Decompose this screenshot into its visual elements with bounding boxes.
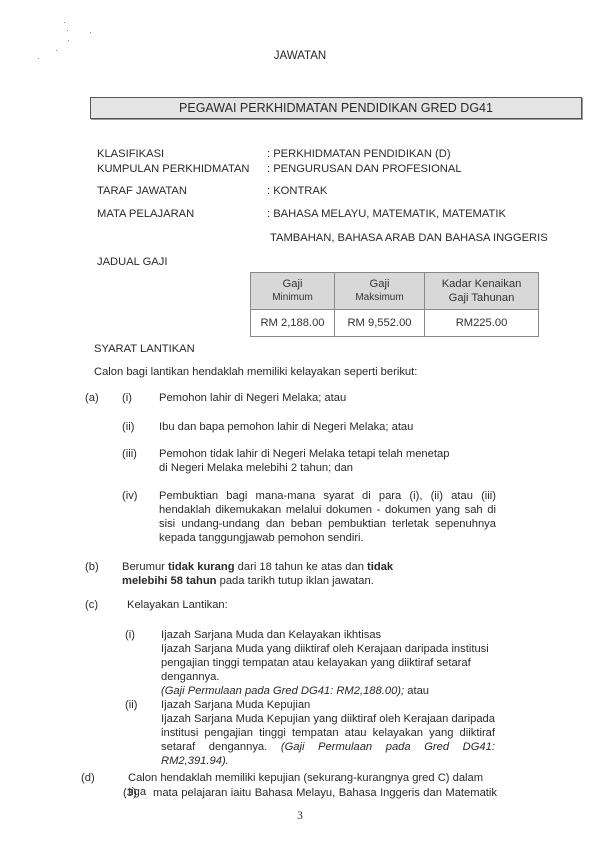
syarat-title: SYARAT LANTIKAN: [94, 342, 195, 356]
header-line: Minimum: [251, 291, 334, 305]
text-run-bold: tidak kurang: [168, 561, 235, 573]
cell-gaji-minimum: RM 2,188.00: [251, 310, 335, 337]
salary-table-header: Gaji Minimum Gaji Maksimum Kadar Kenaika…: [251, 273, 539, 310]
item-c-i-heading: Ijazah Sarjana Muda dan Kelayakan ikhtis…: [161, 628, 501, 642]
cell-kadar-kenaikan: RM225.00: [425, 310, 539, 337]
item-c-i-salary: (Gaji Permulaan pada Gred DG41: RM2,188.…: [161, 684, 501, 698]
page-number: 3: [0, 810, 600, 822]
item-a-i-marker: (i): [122, 391, 132, 405]
item-c-marker: (c): [85, 598, 98, 612]
header-line: Kadar Kenaikan: [425, 277, 538, 291]
item-a-ii-text: Ibu dan bapa pemohon lahir di Negeri Mel…: [159, 420, 413, 434]
mata-pelajaran-label: MATA PELAJARAN: [97, 208, 194, 220]
klasifikasi-label: KLASIFIKASI: [97, 148, 164, 160]
header-line: Maksimum: [335, 291, 424, 305]
salary-table: Gaji Minimum Gaji Maksimum Kadar Kenaika…: [250, 272, 539, 337]
position-title: PEGAWAI PERKHIDMATAN PENDIDIKAN GRED DG4…: [179, 101, 493, 115]
item-a-iii-text: Pemohon tidak lahir di Negeri Melaka tet…: [159, 447, 459, 475]
item-d-line2: mata pelajaran iaitu Bahasa Melayu, Baha…: [153, 786, 497, 800]
header-gaji-maksimum: Gaji Maksimum: [335, 273, 425, 310]
jadual-gaji-label: JADUAL GAJI: [97, 256, 167, 268]
item-c-i-body: Ijazah Sarjana Muda yang diiktiraf oleh …: [161, 642, 501, 684]
item-c-ii-block: Ijazah Sarjana Muda Kepujian Ijazah Sarj…: [161, 698, 495, 768]
klasifikasi-value: : PERKHIDMATAN PENDIDIKAN (D): [267, 148, 451, 160]
kumpulan-label: KUMPULAN PERKHIDMATAN: [97, 163, 250, 175]
item-a-i-text: Pemohon lahir di Negeri Melaka; atau: [159, 391, 346, 405]
section-heading: JAWATAN: [0, 50, 600, 62]
table-row: RM 2,188.00 RM 9,552.00 RM225.00: [251, 310, 539, 337]
text-run: dan: [345, 561, 364, 573]
text-run: atau: [404, 685, 429, 697]
mata-pelajaran-value-1: : BAHASA MELAYU, MATEMATIK, MATEMATIK: [267, 208, 506, 220]
text-run: dari 18 tahun ke atas: [235, 561, 346, 573]
taraf-value: : KONTRAK: [267, 185, 327, 197]
mata-pelajaran-value-2: TAMBAHAN, BAHASA ARAB DAN BAHASA INGGERI…: [270, 232, 548, 244]
item-a-marker: (a): [85, 391, 99, 405]
text-run: pada tarikh tutup iklan jawatan.: [217, 575, 374, 587]
item-d-marker: (d): [81, 771, 95, 785]
taraf-label: TARAF JAWATAN: [97, 185, 187, 197]
text-run: Berumur: [122, 561, 168, 573]
item-c-ii-heading: Ijazah Sarjana Muda Kepujian: [161, 698, 495, 712]
item-c-ii-body: Ijazah Sarjana Muda Kepujian yang diikti…: [161, 712, 495, 768]
item-a-iii-marker: (iii): [122, 447, 137, 461]
item-c-ii-marker: (ii): [125, 698, 137, 712]
kumpulan-value: : PENGURUSAN DAN PROFESIONAL: [267, 163, 462, 175]
item-b-marker: (b): [85, 560, 99, 574]
item-a-iv-marker: (iv): [122, 489, 138, 503]
header-line: Gaji: [251, 277, 334, 291]
item-d-line2-marker: (3): [123, 786, 137, 800]
header-line: Gaji Tahunan: [425, 291, 538, 305]
item-b-text: Berumur tidak kurang dari 18 tahun ke at…: [122, 560, 432, 588]
item-a-ii-marker: (ii): [122, 420, 134, 434]
item-c-title: Kelayakan Lantikan:: [127, 598, 228, 612]
header-line: Gaji: [335, 277, 424, 291]
item-c-i-marker: (i): [125, 628, 135, 642]
item-c-i-block: Ijazah Sarjana Muda dan Kelayakan ikhtis…: [161, 628, 501, 698]
position-title-box: PEGAWAI PERKHIDMATAN PENDIDIKAN GRED DG4…: [90, 97, 582, 119]
header-kadar-kenaikan: Kadar Kenaikan Gaji Tahunan: [425, 273, 539, 310]
item-a-iv-text: Pembuktian bagi mana-mana syarat di para…: [159, 489, 496, 545]
header-gaji-minimum: Gaji Minimum: [251, 273, 335, 310]
syarat-intro: Calon bagi lantikan hendaklah memiliki k…: [94, 365, 417, 379]
salary-note: (Gaji Permulaan pada Gred DG41: RM2,188.…: [161, 685, 404, 697]
cell-gaji-maksimum: RM 9,552.00: [335, 310, 425, 337]
